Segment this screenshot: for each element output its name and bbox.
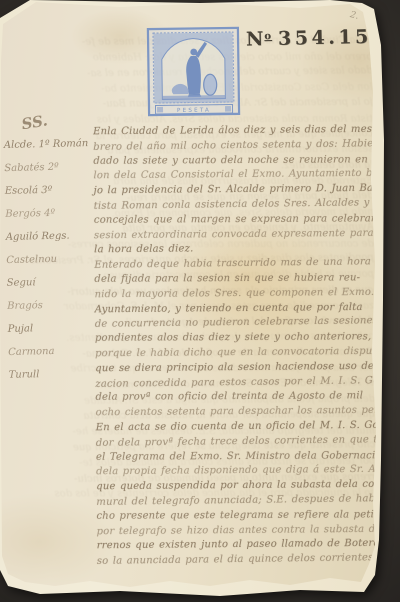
attendee-name: Seguí bbox=[7, 270, 95, 295]
attendee-name: Turull bbox=[8, 362, 96, 387]
attendees-list: Alcde. 1º RománSabatés 2ºEscolá 3ºBergós… bbox=[4, 132, 97, 387]
attendee-name: Bergós 4º bbox=[5, 201, 93, 226]
attendee-name: Aguiló Regs. bbox=[6, 224, 94, 249]
stamp-band-right-square bbox=[225, 106, 231, 112]
body-line: so la anunciada para el dia quince delos… bbox=[97, 551, 381, 570]
attendees-margin: SS. Alcde. 1º RománSabatés 2ºEscolá 3ºBe… bbox=[3, 107, 97, 387]
revenue-stamp: PESETA bbox=[146, 26, 240, 116]
attendee-name: Castelnou bbox=[6, 247, 95, 272]
page-stack: Enla Ciudad de Lerida álos diez y seis d… bbox=[0, 0, 400, 602]
revenue-stamp-graphic: PESETA bbox=[146, 26, 240, 116]
stamp-shield bbox=[204, 74, 217, 95]
stamp-band-left-square bbox=[157, 107, 163, 113]
page-corner-mark: 2. bbox=[349, 10, 360, 22]
serial-prefix: N bbox=[246, 28, 265, 50]
attendee-name: Pujal bbox=[7, 316, 95, 341]
manuscript-page: Enla Ciudad de Lerida álos diez y seis d… bbox=[0, 0, 400, 602]
attendee-name: Bragós bbox=[7, 293, 95, 318]
serial-ordinal: o bbox=[264, 31, 272, 42]
margin-header: SS. bbox=[20, 102, 93, 136]
photo-background: Enla Ciudad de Lerida álos diez y seis d… bbox=[0, 0, 400, 602]
stamp-denomination-text: PESETA bbox=[177, 108, 211, 114]
attendee-name: Carmona bbox=[8, 339, 97, 364]
attendee-name: Sabatés 2º bbox=[4, 155, 93, 180]
body-text-lines: Enla Ciudad de Lerida álos diez y seis d… bbox=[93, 123, 381, 569]
attendee-name: Alcde. 1º Román bbox=[4, 132, 92, 157]
attendee-name: Escolá 3º bbox=[5, 178, 93, 203]
